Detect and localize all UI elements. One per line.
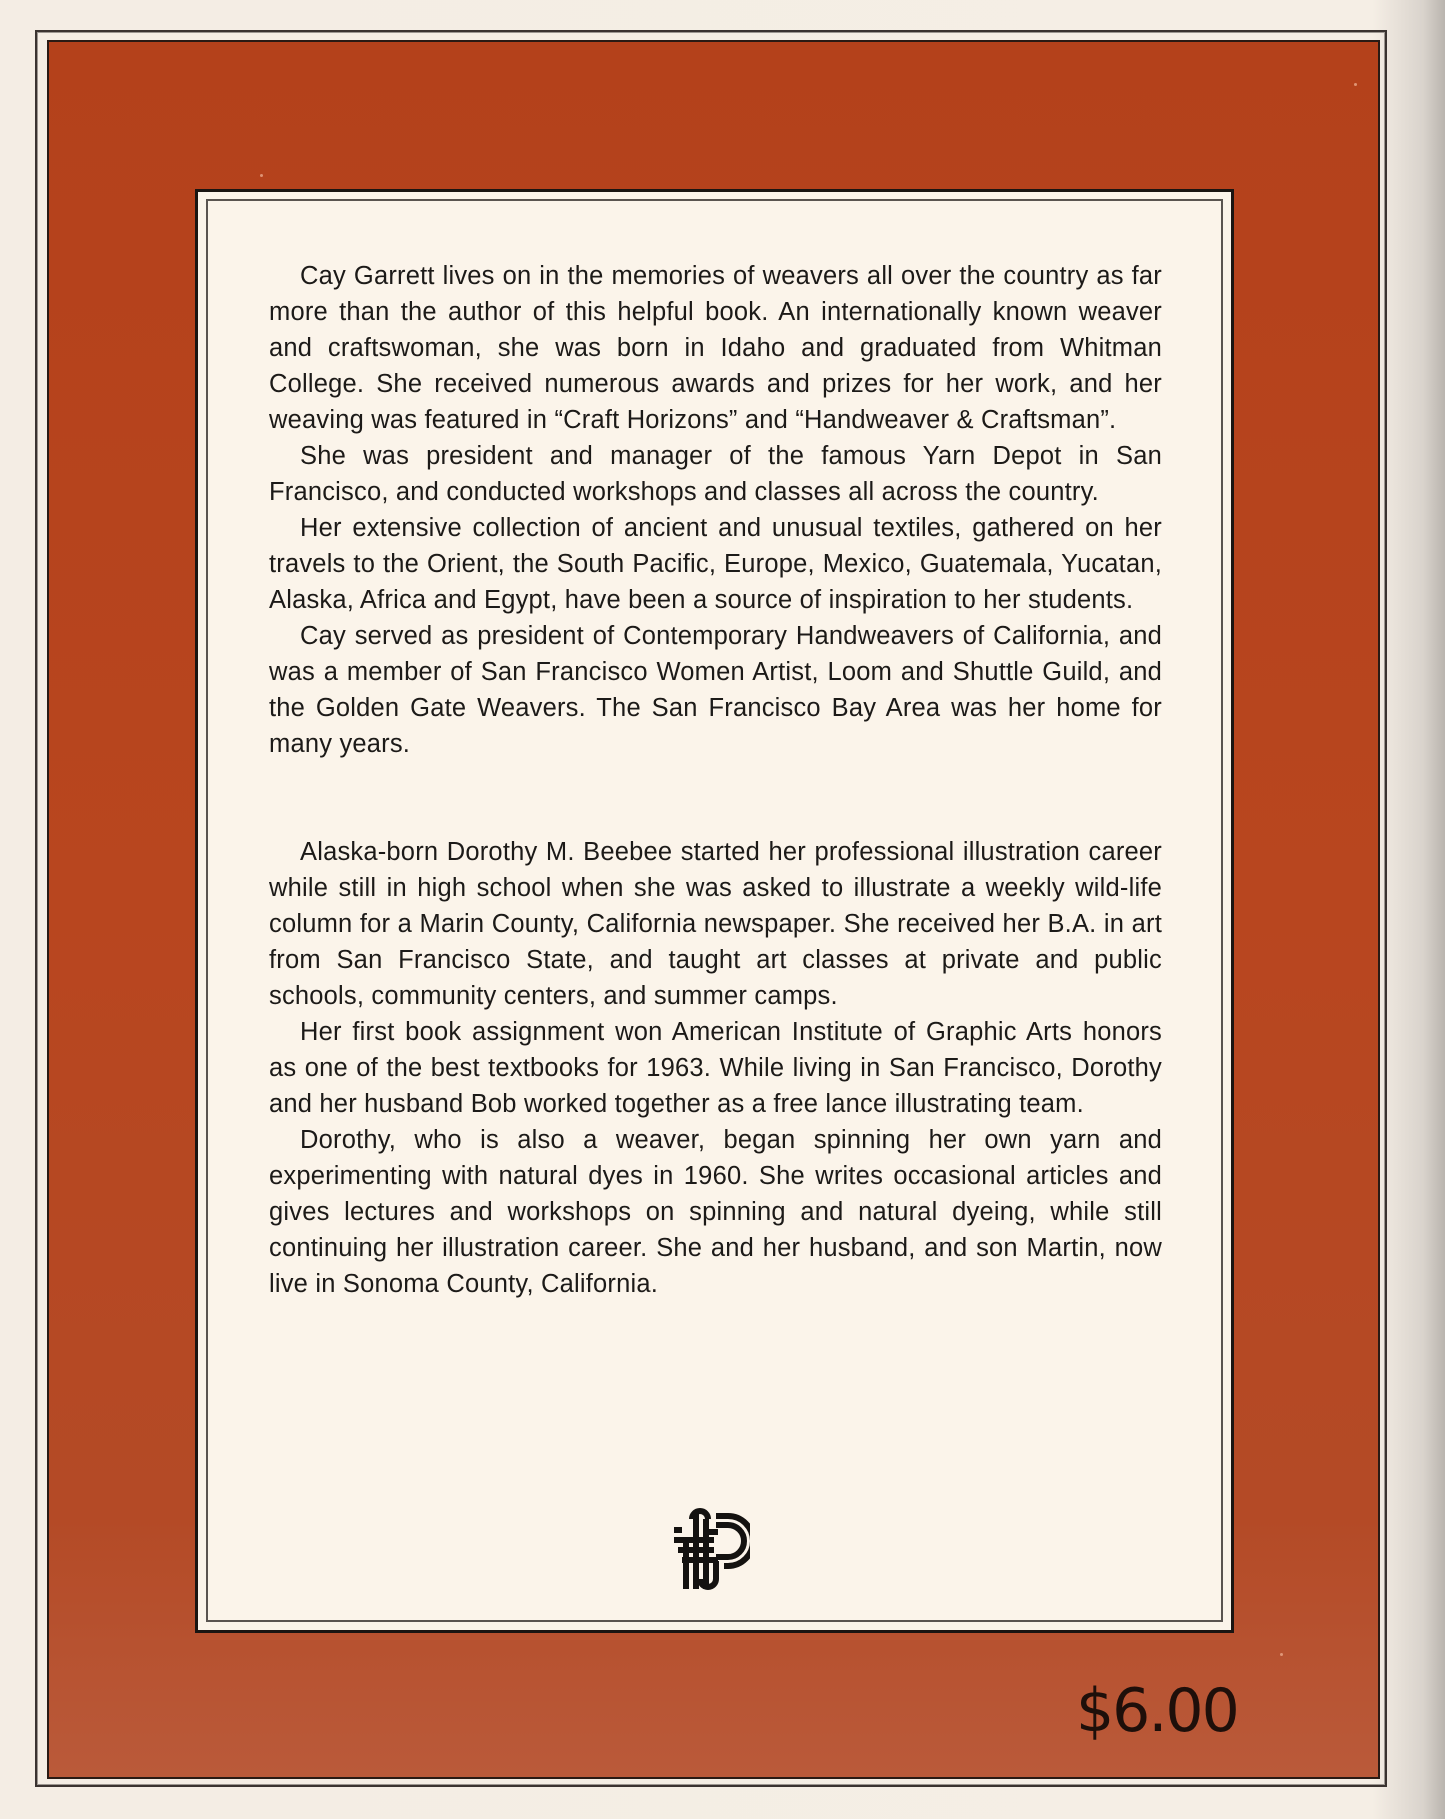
print-speck	[1354, 83, 1357, 86]
illustrator-bio-paragraph: Her first book assignment won American I…	[269, 1014, 1162, 1122]
author-bio-paragraph: She was president and manager of the fam…	[269, 438, 1162, 510]
illustrator-bio-paragraph: Alaska-born Dorothy M. Beebee started he…	[269, 834, 1162, 1014]
print-speck	[260, 174, 263, 177]
author-bio-paragraph: Cay served as president of Contemporary …	[269, 618, 1162, 762]
print-speck	[1280, 1653, 1283, 1656]
woven-knot-logo-icon	[672, 1503, 750, 1593]
author-bio-paragraph: Her extensive collection of ancient and …	[269, 510, 1162, 618]
bio-text: Cay Garrett lives on in the memories of …	[269, 258, 1162, 1302]
section-gap	[269, 762, 1162, 834]
author-bio: Cay Garrett lives on in the memories of …	[269, 258, 1162, 762]
author-bio-paragraph: Cay Garrett lives on in the memories of …	[269, 258, 1162, 438]
illustrator-bio: Alaska-born Dorothy M. Beebee started he…	[269, 834, 1162, 1302]
illustrator-bio-paragraph: Dorothy, who is also a weaver, began spi…	[269, 1122, 1162, 1302]
price-label: $6.00	[1076, 1676, 1238, 1746]
